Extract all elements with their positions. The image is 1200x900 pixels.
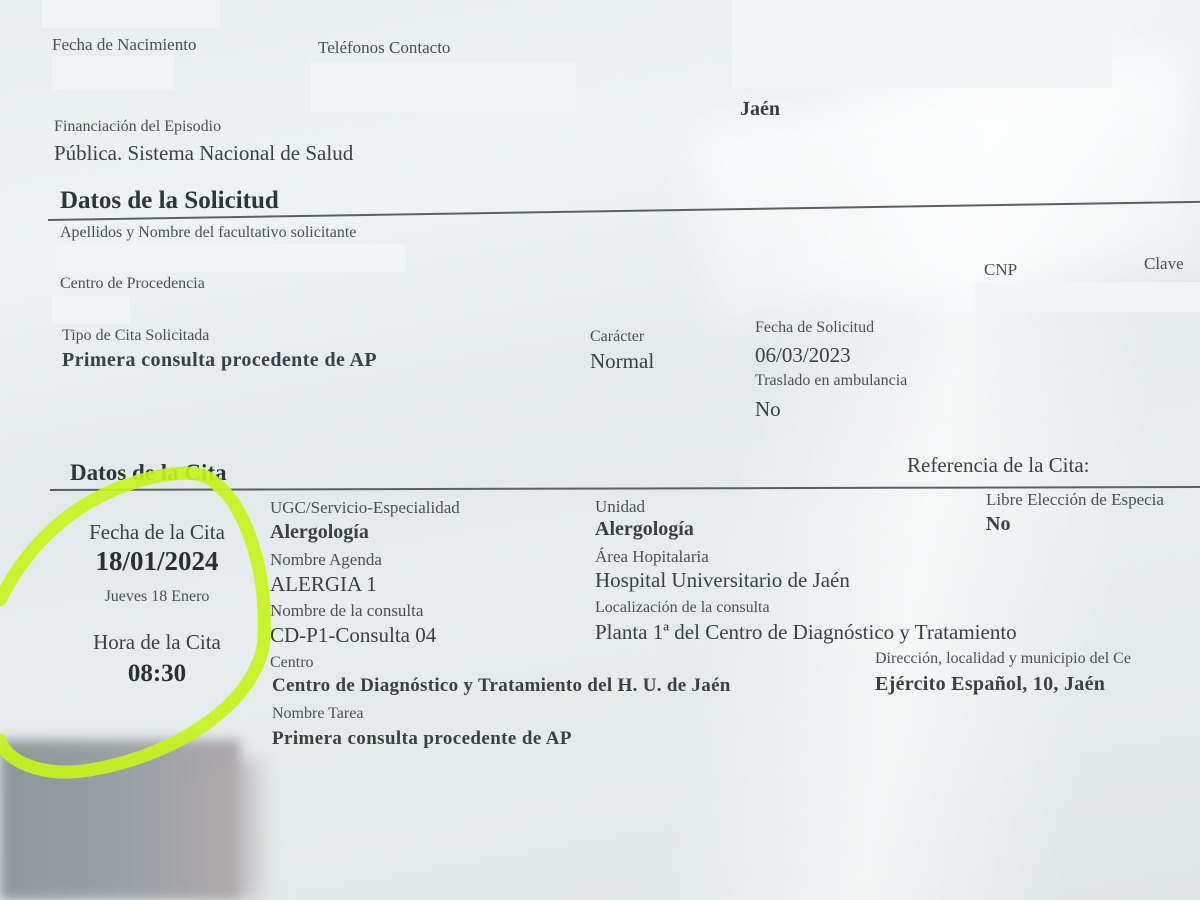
center-value: Centro de Diagnóstico y Tratamiento del …	[272, 675, 731, 697]
request-section-title: Datos de la Solicitud	[60, 187, 279, 215]
appointment-reference-label: Referencia de la Cita:	[907, 453, 1090, 478]
financing-label: Financiación del Episodio	[54, 118, 221, 136]
origin-center-label: Centro de Procedencia	[60, 275, 205, 293]
consult-name-label: Nombre de la consulta	[270, 601, 423, 621]
consult-name-value: CD-P1-Consulta 04	[270, 623, 436, 648]
character-value: Normal	[590, 349, 654, 374]
free-choice-value: No	[986, 513, 1010, 536]
address-label: Dirección, localidad y municipio del Ce	[875, 650, 1131, 668]
hospital-area-value: Hospital Universitario de Jaén	[595, 568, 850, 593]
request-date-label: Fecha de Solicitud	[755, 319, 874, 337]
redacted-name	[42, 0, 220, 28]
unit-value: Alergología	[595, 518, 694, 541]
task-label: Nombre Tarea	[272, 705, 363, 723]
redacted-phones	[310, 62, 576, 112]
cnp-label: CNP	[984, 260, 1017, 280]
task-value: Primera consulta procedente de AP	[272, 728, 572, 750]
hospital-area-label: Área Hopitalaria	[595, 547, 709, 567]
appointment-time-value: 08:30	[60, 660, 254, 688]
city-value: Jaén	[740, 98, 780, 121]
appointment-type-value: Primera consulta procedente de AP	[62, 349, 377, 372]
agenda-value: ALERGIA 1	[270, 572, 377, 597]
service-value: Alergología	[270, 521, 369, 544]
paper-shadow	[200, 760, 260, 900]
financing-value: Pública. Sistema Nacional de Salud	[54, 141, 353, 166]
agenda-label: Nombre Agenda	[270, 550, 382, 570]
address-value: Ejército Español, 10, Jaén	[875, 673, 1105, 696]
redacted-doctor	[56, 244, 406, 272]
clave-label: Clave	[1144, 254, 1184, 274]
character-label: Carácter	[590, 328, 644, 346]
free-choice-label: Libre Elección de Especia	[986, 490, 1164, 510]
redacted-birth-date	[52, 56, 174, 90]
ambulance-value: No	[755, 397, 781, 422]
appointment-weekday: Jueves 18 Enero	[60, 588, 254, 606]
appointment-section-title: Datos de la Cita	[70, 460, 227, 486]
appointment-date-label: Fecha de la Cita	[60, 520, 254, 545]
doctor-label: Apellidos y Nombre del facultativo solic…	[60, 224, 356, 242]
ambulance-label: Traslado en ambulancia	[755, 372, 907, 390]
appointment-time-label: Hora de la Cita	[60, 630, 254, 655]
appointment-type-label: Tipo de Cita Solicitada	[62, 327, 209, 345]
unit-label: Unidad	[595, 497, 645, 517]
birth-date-label: Fecha de Nacimiento	[52, 35, 196, 55]
redacted-cnp	[975, 282, 1200, 312]
redacted-top-right	[732, 0, 1112, 88]
center-label: Centro	[270, 654, 314, 672]
consult-location-value: Planta 1ª del Centro de Diagnóstico y Tr…	[595, 620, 1017, 645]
service-label: UGC/Servicio-Especialidad	[270, 498, 460, 518]
consult-location-label: Localización de la consulta	[595, 599, 770, 617]
phones-label: Teléfonos Contacto	[318, 38, 450, 58]
redacted-origin-center	[52, 296, 130, 324]
appointment-date-value: 18/01/2024	[60, 546, 254, 577]
request-date-value: 06/03/2023	[755, 343, 851, 368]
